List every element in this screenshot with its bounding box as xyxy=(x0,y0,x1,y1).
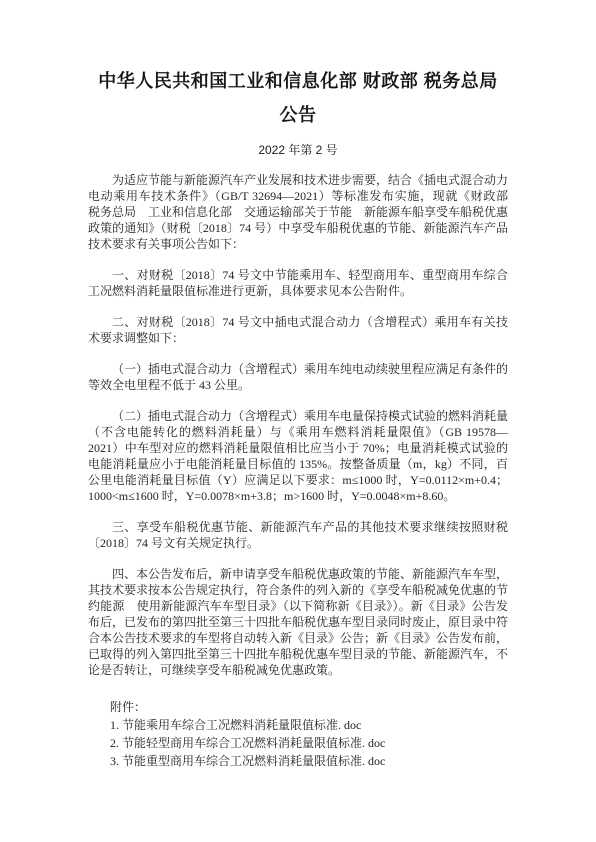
attachment-item-1: 1. 节能乘用车综合工况燃料消耗量限值标准. doc xyxy=(110,718,508,733)
title-line-1: 中华人民共和国工业和信息化部 财政部 税务总局 xyxy=(80,64,516,98)
paragraph-item-2-sub-1: （一）插电式混合动力（含增程式）乘用车纯电动续驶里程应满足有条件的等效全电里程不… xyxy=(88,361,508,393)
attachments-section: 附件： 1. 节能乘用车综合工况燃料消耗量限值标准. doc 2. 节能轻型商用… xyxy=(88,700,508,769)
paragraph-item-3: 三、享受车船税优惠节能、新能源汽车产品的其他技术要求继续按照财税〔2018〕74… xyxy=(88,519,508,551)
paragraph-item-4: 四、本公告发布后，新申请享受车船税优惠政策的节能、新能源汽车车型，其技术要求按本… xyxy=(88,566,508,678)
attachments-label: 附件： xyxy=(110,700,508,715)
paragraph-intro: 为适应节能与新能源汽车产业发展和技术进步需要，结合《插电式混合动力电动乘用车技术… xyxy=(88,172,508,252)
paragraph-item-1: 一、对财税〔2018〕74 号文中节能乘用车、轻型商用车、重型商用车综合工况燃料… xyxy=(88,267,508,299)
document-number: 2022 年第 2 号 xyxy=(88,142,508,158)
document-page: 中华人民共和国工业和信息化部 财政部 税务总局 公告 2022 年第 2 号 为… xyxy=(0,0,596,842)
document-body: 为适应节能与新能源汽车产业发展和技术进步需要，结合《插电式混合动力电动乘用车技术… xyxy=(88,172,508,678)
document-content: 中华人民共和国工业和信息化部 财政部 税务总局 公告 2022 年第 2 号 为… xyxy=(0,0,596,769)
paragraph-item-2-sub-2: （二）插电式混合动力（含增程式）乘用车电量保持模式试验的燃料消耗量（不含电能转化… xyxy=(88,408,508,504)
attachment-item-2: 2. 节能轻型商用车综合工况燃料消耗量限值标准. doc xyxy=(110,736,508,751)
document-title: 中华人民共和国工业和信息化部 财政部 税务总局 公告 xyxy=(80,64,516,132)
title-line-2: 公告 xyxy=(80,98,516,132)
paragraph-item-2: 二、对财税〔2018〕74 号文中插电式混合动力（含增程式）乘用车有关技术要求调… xyxy=(88,314,508,346)
attachment-item-3: 3. 节能重型商用车综合工况燃料消耗量限值标准. doc xyxy=(110,754,508,769)
